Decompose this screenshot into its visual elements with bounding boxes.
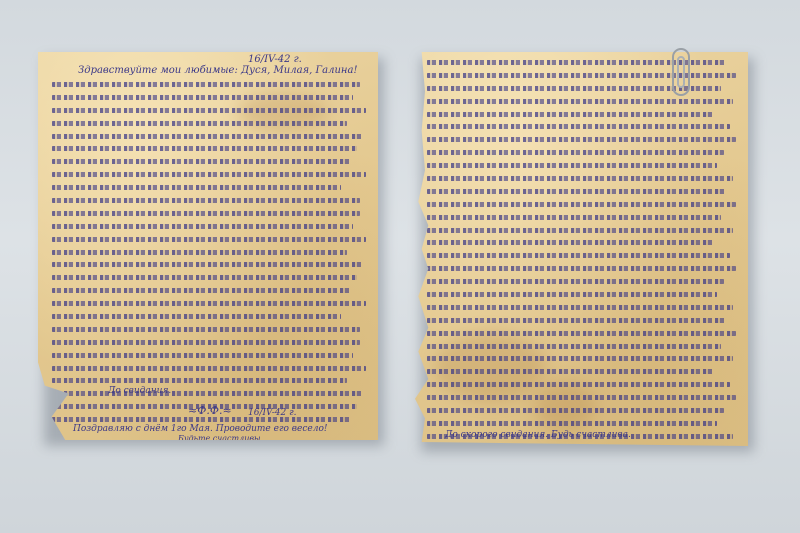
paperclip-icon (672, 48, 690, 96)
postscript: Поздравляю с днём 1го Мая. Проводите его… (73, 424, 327, 434)
handwriting-line (427, 174, 736, 183)
handwriting-line (427, 380, 736, 389)
handwriting-line (52, 157, 366, 166)
closing: До свидания. (108, 386, 171, 396)
handwriting-line (427, 367, 736, 376)
handwriting-line (427, 161, 736, 170)
handwriting-line (52, 222, 366, 231)
handwriting-line (52, 389, 366, 398)
handwriting-line (427, 290, 736, 299)
handwriting-line (52, 144, 366, 153)
handwritten-body (415, 58, 748, 445)
left-letter: 16/IV-42 г. Здравствуйте мои любимые: Ду… (38, 52, 378, 440)
handwriting-line (427, 393, 736, 402)
handwriting-line (52, 299, 366, 308)
signature-date: 16/IV-42 г. (248, 408, 296, 418)
handwriting-line (52, 351, 366, 360)
handwriting-line (427, 342, 736, 351)
handwriting-line (52, 260, 366, 269)
handwritten-body (38, 80, 378, 428)
handwriting-line (52, 93, 366, 102)
handwriting-line (52, 376, 366, 385)
handwriting-line (52, 196, 366, 205)
handwriting-line (52, 119, 366, 128)
handwriting-line (427, 110, 736, 119)
handwriting-line (52, 338, 366, 347)
handwriting-line (427, 97, 736, 106)
handwriting-line (427, 251, 736, 260)
date-header: 16/IV-42 г. (248, 54, 302, 65)
handwriting-line (427, 419, 736, 428)
handwriting-line (427, 329, 736, 338)
greeting: Здравствуйте мои любимые: Дуся, Милая, Г… (78, 65, 357, 76)
closing: До скорого свидания. Будь счастлива. (445, 430, 631, 440)
handwriting-line (52, 209, 366, 218)
handwriting-line (427, 226, 736, 235)
handwriting-line (427, 122, 736, 131)
postscript-2: Будьте счастливы (178, 434, 261, 440)
handwriting-line (427, 354, 736, 363)
handwriting-line (52, 312, 366, 321)
handwriting-line (52, 183, 366, 192)
handwriting-line (427, 316, 736, 325)
handwriting-line (52, 325, 366, 334)
signature: ≈Ф.Ф.≈ (188, 404, 232, 417)
handwriting-line (52, 364, 366, 373)
handwriting-line (52, 235, 366, 244)
handwriting-line (427, 406, 736, 415)
handwriting-line (52, 170, 366, 179)
handwriting-line (52, 132, 366, 141)
handwriting-line (427, 264, 736, 273)
handwriting-line (427, 277, 736, 286)
handwriting-line (427, 187, 736, 196)
handwriting-line (427, 200, 736, 209)
handwriting-line (427, 238, 736, 247)
handwriting-line (52, 80, 366, 89)
handwriting-line (427, 148, 736, 157)
handwriting-line (52, 248, 366, 257)
handwriting-line (427, 303, 736, 312)
right-letter: До скорого свидания. Будь счастлива. (415, 52, 748, 446)
handwriting-line (52, 106, 366, 115)
handwriting-line (52, 286, 366, 295)
handwriting-line (427, 135, 736, 144)
handwriting-line (427, 213, 736, 222)
handwriting-line (52, 273, 366, 282)
